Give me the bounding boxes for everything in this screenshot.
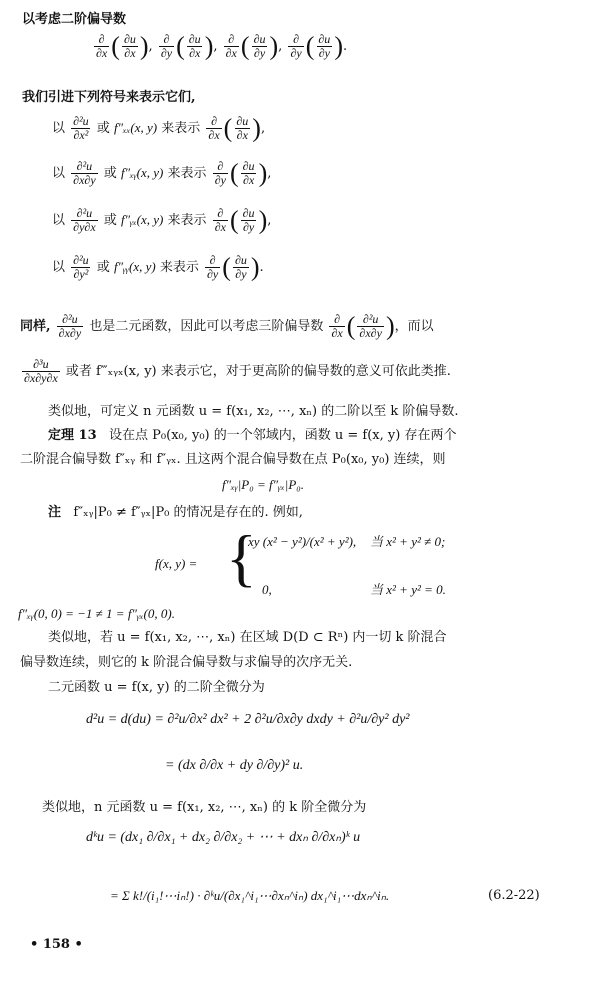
- second-total-text: 二元函数 u = f(x, y) 的二阶全微分为: [48, 680, 265, 696]
- f-notation: f″ₓₓ(x, y): [114, 120, 157, 135]
- frac-den: ∂y²: [71, 267, 90, 281]
- intro-text: 以考虑二阶偏导数: [22, 12, 126, 28]
- frac-num: ∂²u: [75, 160, 95, 173]
- theorem-line1: 定理 13 设在点 P₀(x₀, y₀) 的一个邻域内，函数 u = f(x, …: [48, 428, 456, 444]
- piecewise-case1-expr: xy (x² − y²)/(x² + y²),: [248, 534, 356, 550]
- means-word: 来表示: [161, 121, 200, 136]
- kth-total-text: 类似地，n 元函数 u = f(x₁, x₂, ⋯, xₙ) 的 k 阶全微分为: [42, 800, 366, 816]
- theorem-line2: 二阶混合偏导数 f″ₓᵧ 和 f″ᵧₓ. 且这两个混合偏导数在点 P₀(x₀, …: [20, 452, 446, 468]
- piecewise-case1-cond: 当 x² + y² ≠ 0;: [370, 534, 445, 550]
- frac-num: ∂²u: [71, 115, 91, 128]
- notation-row: 以 ∂²u∂y∂x 或 f″ᵧₓ(x, y) 来表示 ∂∂x(∂u∂y),: [52, 207, 271, 234]
- equation-number: (6.2-22): [488, 888, 540, 904]
- theorem-label: 定理 13: [48, 428, 97, 443]
- inner-num: ∂u: [241, 207, 257, 220]
- means-word: 来表示: [160, 260, 199, 275]
- counter-result: f″ₓᵧ(0, 0) = −1 ≠ 1 = f″ᵧₓ(0, 0).: [18, 606, 175, 622]
- intro-formula: ∂∂x(∂u∂x), ∂∂y(∂u∂x), ∂∂x(∂u∂y), ∂∂y(∂u∂…: [92, 33, 347, 60]
- eq-dku-line1: dᵏu = (dx₁ ∂/∂x₁ + dx₂ ∂/∂x₂ + ⋯ + dxₙ ∂…: [86, 830, 360, 846]
- prefix: 以: [52, 166, 65, 181]
- third-order-text: 或者 f‴ₓᵧₓ(x, y) 来表示它，对于更高阶的偏导数的意义可依此类推.: [66, 364, 451, 379]
- same-label: 同样,: [20, 319, 51, 334]
- theorem-equation: f″ₓᵧ|P₀ = f″ᵧₓ|P₀.: [222, 477, 304, 493]
- means-word: 来表示: [168, 213, 207, 228]
- frac-den: ∂x²: [71, 128, 90, 142]
- f-notation: f″ᵧₓ(x, y): [121, 212, 163, 227]
- inner-num: ∂u: [233, 254, 249, 267]
- note-label: 注: [48, 505, 61, 520]
- eq-d2u-line2: = (dx ∂/∂x + dy ∂/∂y)² u.: [165, 758, 303, 774]
- inner-num: ∂u: [234, 115, 250, 128]
- piecewise-case2-expr: 0,: [262, 582, 272, 598]
- inner-den: ∂y: [241, 220, 256, 234]
- inner-den: ∂x: [235, 128, 250, 142]
- or-word: 或: [97, 260, 110, 275]
- outer-den: ∂x: [206, 128, 221, 142]
- prefix: 以: [52, 260, 65, 275]
- same-paragraph-line2: ∂³u∂x∂y∂x 或者 f‴ₓᵧₓ(x, y) 来表示它，对于更高阶的偏导数的…: [20, 358, 451, 385]
- notation-row: 以 ∂²u∂x² 或 f″ₓₓ(x, y) 来表示 ∂∂x(∂u∂x),: [52, 115, 265, 142]
- similar-k-line2: 偏导数连续，则它的 k 阶混合偏导数与求偏导的次序无关.: [20, 655, 352, 671]
- or-word: 或: [97, 121, 110, 136]
- same-text: 也是二元函数，因此可以考虑三阶偏导数: [89, 319, 323, 334]
- means-word: 来表示: [168, 166, 207, 181]
- inner-den: ∂x: [241, 173, 256, 187]
- introduce-text: 我们引进下列符号来表示它们,: [22, 90, 196, 106]
- same-paragraph-line1: 同样, ∂²u∂x∂y 也是二元函数，因此可以考虑三阶偏导数 ∂∂x(∂²u∂x…: [20, 313, 434, 340]
- outer-den: ∂x: [213, 220, 228, 234]
- frac-den: ∂x∂y: [71, 173, 98, 187]
- prefix: 以: [52, 121, 65, 136]
- inner-num: ∂u: [241, 160, 257, 173]
- piecewise-lhs: f(x, y) =: [155, 556, 197, 572]
- outer-den: ∂y: [213, 173, 228, 187]
- theorem-text: 设在点 P₀(x₀, y₀) 的一个邻域内，函数 u = f(x, y) 存在两…: [109, 428, 456, 443]
- page-number: • 158 •: [30, 937, 83, 953]
- frac-den: ∂y∂x: [71, 220, 98, 234]
- frac-num: ∂²u: [71, 254, 91, 267]
- notation-row: 以 ∂²u∂y² 或 f″ᵧᵧ(x, y) 来表示 ∂∂y(∂u∂y).: [52, 254, 264, 281]
- inner-den: ∂y: [233, 267, 248, 281]
- prefix: 以: [52, 213, 65, 228]
- end-punct: ,: [267, 166, 271, 181]
- eq-dku-line2: = Σ k!/(i₁!⋯iₙ!) · ∂ᵏu/(∂x₁^i₁⋯∂xₙ^iₙ) d…: [110, 888, 389, 904]
- note-line: 注 f″ₓᵧ|P₀ ≠ f″ᵧₓ|P₀ 的情况是存在的. 例如,: [48, 505, 303, 521]
- or-word: 或: [104, 166, 117, 181]
- end-punct: .: [260, 260, 264, 275]
- f-notation: f″ᵧᵧ(x, y): [114, 259, 156, 274]
- frac-num: ∂²u: [75, 207, 95, 220]
- notation-row: 以 ∂²u∂x∂y 或 f″ₓᵧ(x, y) 来表示 ∂∂y(∂u∂x),: [52, 160, 271, 187]
- same-text-end: ，而以: [395, 319, 434, 334]
- outer-den: ∂y: [205, 267, 220, 281]
- similar-k-line1: 类似地，若 u = f(x₁, x₂, ⋯, xₙ) 在区域 D(D ⊂ Rⁿ)…: [48, 630, 447, 646]
- end-punct: ,: [261, 121, 265, 136]
- similar-n-text: 类似地，可定义 n 元函数 u = f(x₁, x₂, ⋯, xₙ) 的二阶以至…: [48, 404, 459, 420]
- piecewise-case2-cond: 当 x² + y² = 0.: [370, 582, 446, 598]
- f-notation: f″ₓᵧ(x, y): [121, 165, 163, 180]
- eq-d2u-line1: d²u = d(du) = ∂²u/∂x² dx² + 2 ∂²u/∂x∂y d…: [86, 712, 410, 728]
- or-word: 或: [104, 213, 117, 228]
- end-punct: ,: [267, 213, 271, 228]
- note-text: f″ₓᵧ|P₀ ≠ f″ᵧₓ|P₀ 的情况是存在的. 例如,: [73, 505, 303, 520]
